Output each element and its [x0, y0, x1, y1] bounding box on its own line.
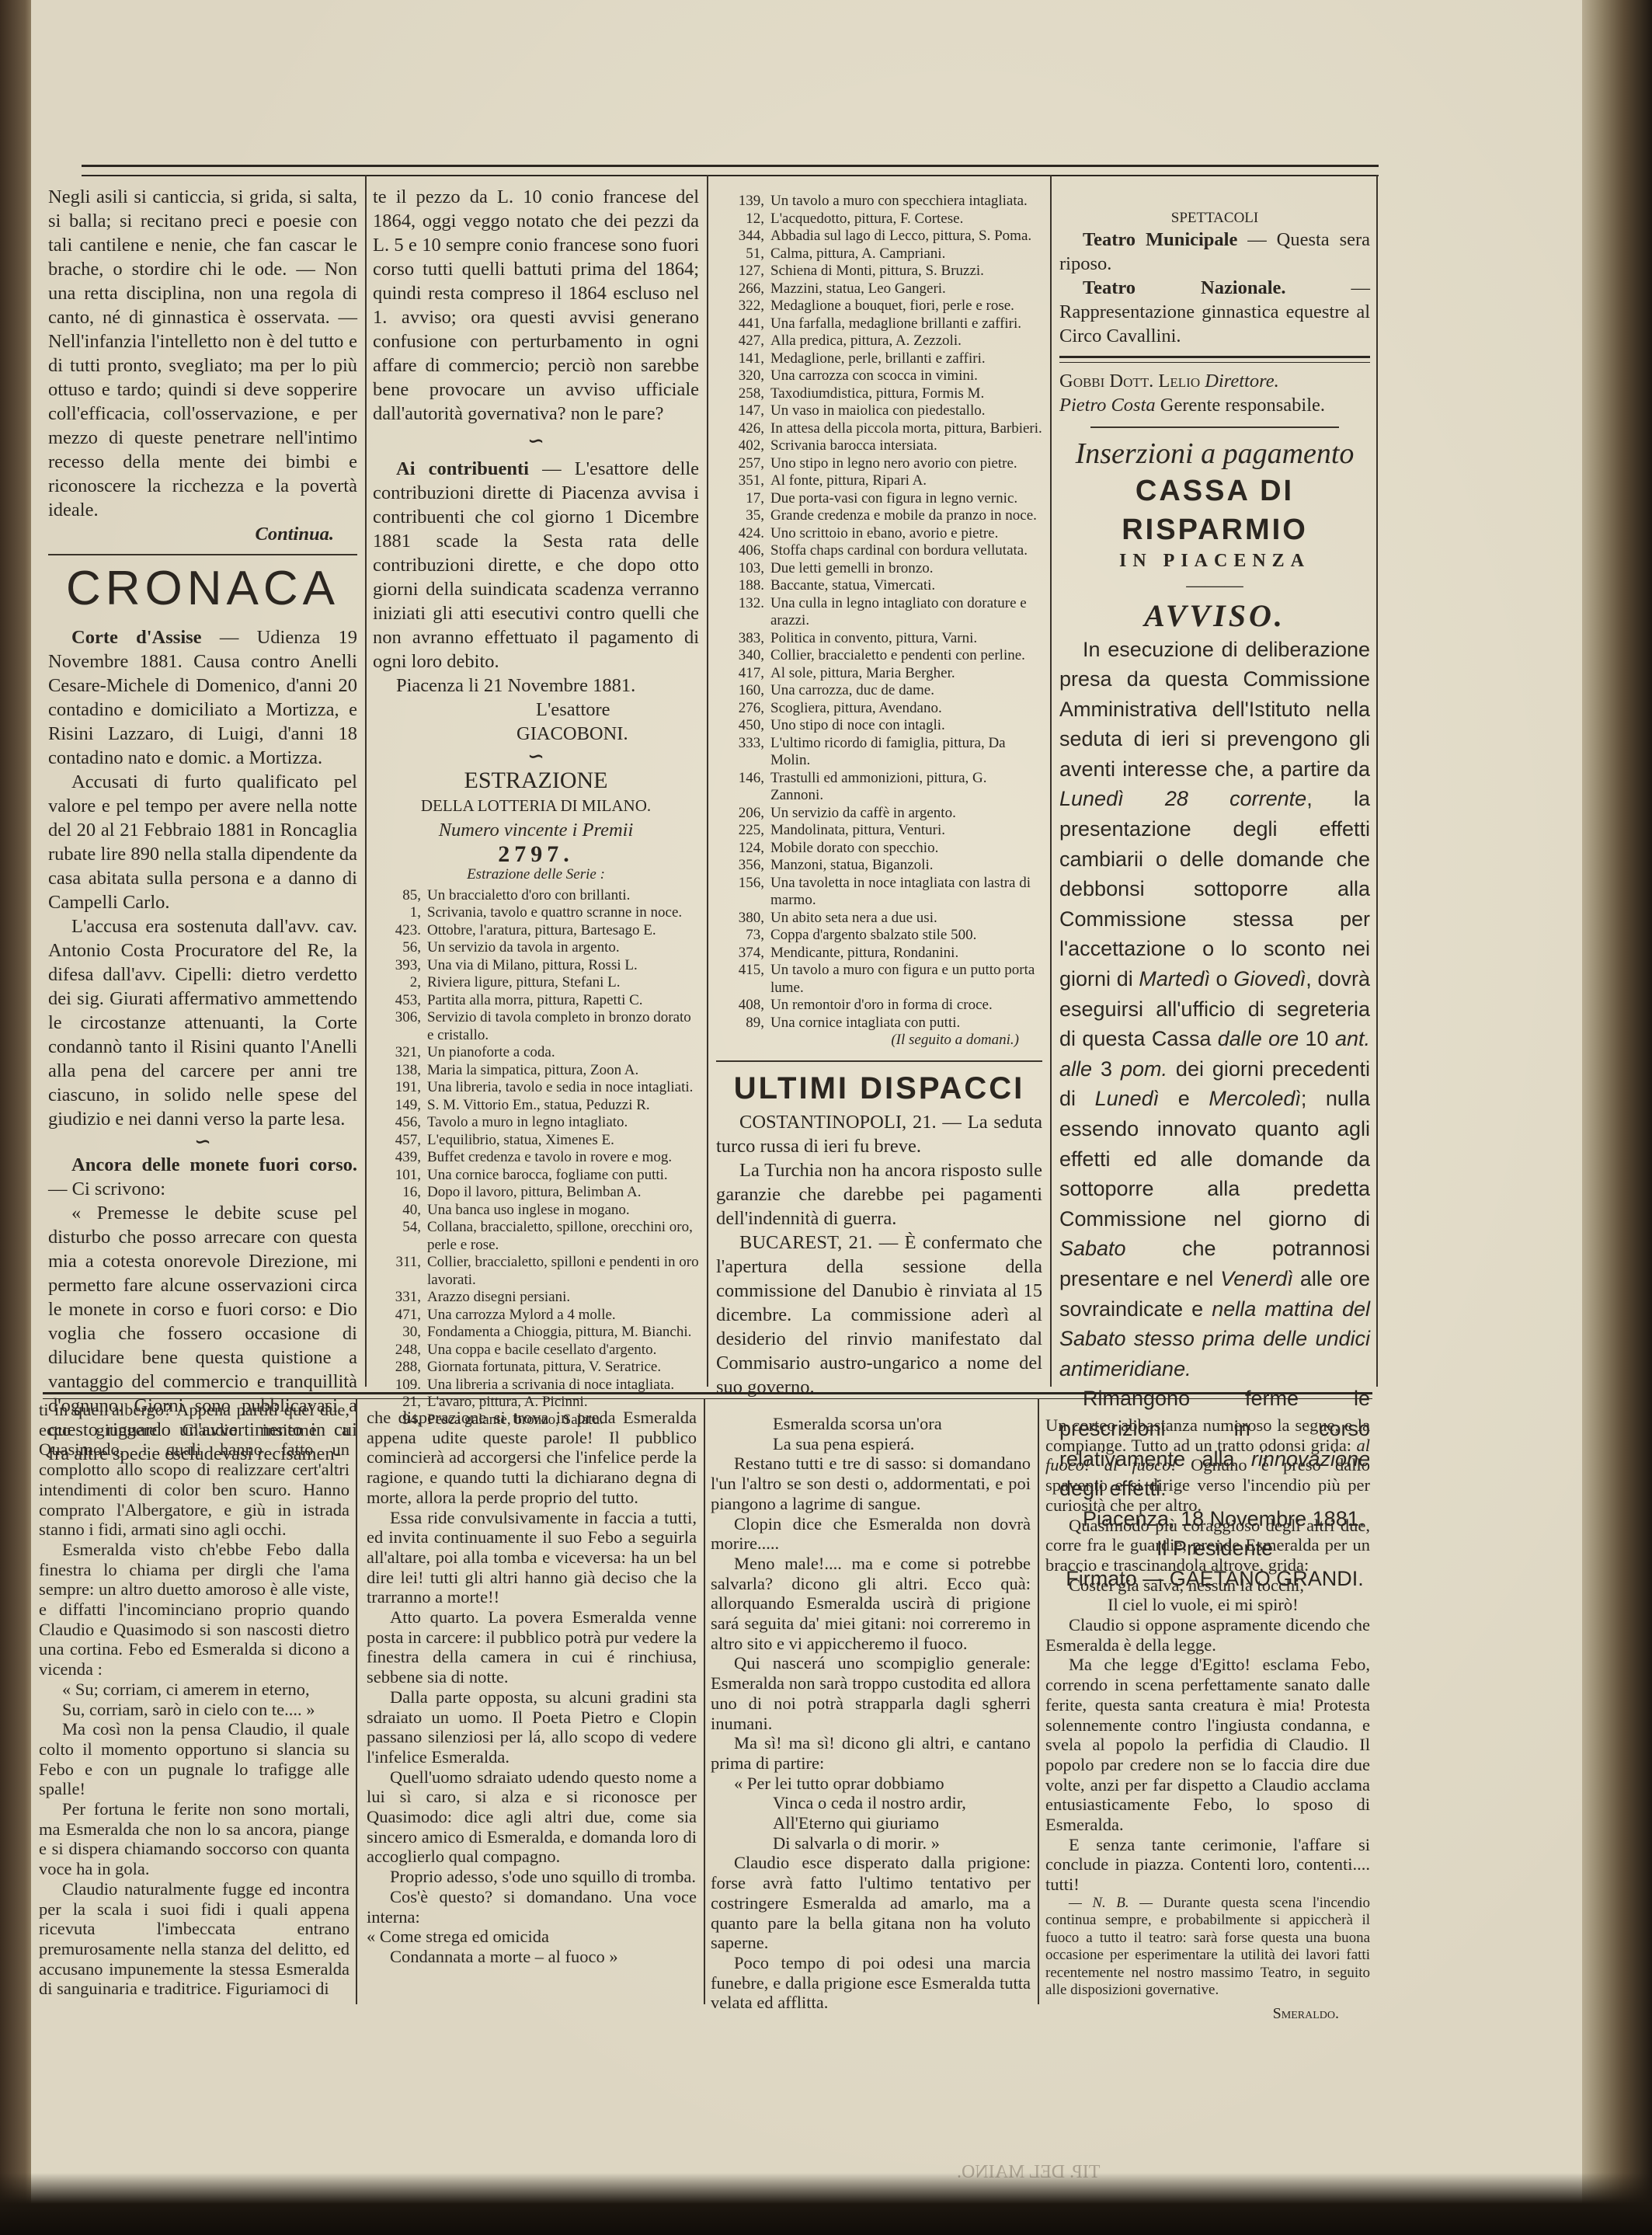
prize-description: Una culla in legno intagliato con doratu… — [770, 595, 1042, 630]
prize-description: L'acquedotto, pittura, F. Cortese. — [770, 211, 1042, 228]
ad-city: IN PIACENZA — [1059, 549, 1370, 573]
prize-item: 450,Uno stipo di noce con intagli. — [716, 717, 1042, 735]
prize-description: Mobile dorato con specchio. — [770, 840, 1042, 858]
prize-number: 225, — [716, 822, 770, 840]
masthead-manager: Pietro Costa Gerente responsabile. — [1059, 393, 1370, 417]
prize-number: 103, — [716, 560, 770, 578]
prize-item: 248,Una coppa e bacile cesellato d'argen… — [373, 1342, 699, 1359]
prize-item: 344,Abbadia sul lago di Lecco, pittura, … — [716, 228, 1042, 245]
flourish-ornament: ∽ — [373, 746, 699, 768]
prize-description: Un pianoforte a coda. — [427, 1044, 699, 1062]
prize-description: Un servizio da tavola in argento. — [427, 939, 699, 957]
prize-description: Coppa d'argento sbalzato stile 500. — [770, 927, 1042, 945]
prize-number: 51, — [716, 245, 770, 263]
prize-item: 141,Medaglione, perle, brillanti e zaffi… — [716, 350, 1042, 368]
prize-description: Due letti gemelli in bronzo. — [770, 560, 1042, 578]
prize-number: 456, — [373, 1114, 427, 1132]
feuilleton-paragraph: E senza tante cerimonie, l'affare si con… — [1045, 1835, 1370, 1895]
ad-body: In esecuzione di deliberazione presa da … — [1059, 635, 1370, 1384]
prize-description: Collana, braccialetto, spillone, orecchi… — [427, 1219, 699, 1254]
prize-item: 331,Arazzo disegni persiani. — [373, 1289, 699, 1307]
prize-item: 149,S. M. Vittorio Em., statua, Peduzzi … — [373, 1097, 699, 1115]
feuilleton-paragraph: Dalla parte opposta, su alcuni gradini s… — [367, 1687, 697, 1767]
contribuenti-date: Piacenza li 21 Novembre 1881. — [373, 674, 699, 698]
prize-number: 188. — [716, 577, 770, 595]
feuilleton-paragraph: Claudio esce disperato dalla prigione: f… — [711, 1853, 1031, 1953]
feuilleton-paragraph: Qui nascerá uno scompiglio generale: Esm… — [711, 1653, 1031, 1733]
verse-line: Costei già salva, nessun la tocchi, — [1045, 1575, 1370, 1596]
prize-description: Calma, pittura, A. Campriani. — [770, 245, 1042, 263]
feuilleton-paragraph: Per fortuna le ferite non sono mortali, … — [39, 1799, 350, 1879]
book-binding-bottom — [0, 2173, 1652, 2235]
feuilleton-paragraph: Claudio si oppone aspramente dicendo che… — [1045, 1615, 1370, 1655]
lotteria-winning-label: Numero vincente i Premii — [373, 818, 699, 842]
teatro-municipale: Teatro Municipale — [1083, 229, 1237, 250]
prize-number: 415, — [716, 962, 770, 997]
prize-description: Manzoni, statua, Biganzoli. — [770, 857, 1042, 875]
prize-item: 406,Stoffa chaps cardinal con bordura ve… — [716, 542, 1042, 560]
prize-number: 1, — [373, 904, 427, 922]
lotteria-winning-number: 2797. — [373, 842, 699, 866]
feuilleton-column-1: ti in quell'albergo? Appena partiti quei… — [39, 1400, 350, 1999]
prize-description: Un tavolo a muro con specchiera intaglia… — [770, 193, 1042, 211]
prize-item: 453,Partita alla morra, pittura, Rapetti… — [373, 992, 699, 1010]
verse-line: All'Eterno qui giuriamo — [711, 1813, 1031, 1833]
prize-item: 103,Due letti gemelli in bronzo. — [716, 560, 1042, 578]
prize-description: Baccante, statua, Vimercati. — [770, 577, 1042, 595]
dispatch-place: BUCAREST, 21. — [739, 1232, 872, 1253]
prize-description: In attesa della piccola morta, pittura, … — [770, 420, 1042, 438]
prize-description: Un remontoir d'oro in forma di croce. — [770, 997, 1042, 1015]
prize-item: 306,Servizio di tavola completo in bronz… — [373, 1009, 699, 1044]
prize-description: Una farfalla, medaglione brillanti e zaf… — [770, 315, 1042, 333]
prize-description: Abbadia sul lago di Lecco, pittura, S. P… — [770, 228, 1042, 245]
prize-item: 191,Una libreria, tavolo e sedia in noce… — [373, 1079, 699, 1097]
dispatch-text: La Turchia non ha ancora risposto sulle … — [716, 1158, 1042, 1231]
prize-item: 156,Una tavoletta in noce intagliata con… — [716, 875, 1042, 910]
prize-number: 423. — [373, 922, 427, 940]
prize-description: Un abito seta nera a due usi. — [770, 910, 1042, 928]
prize-description: Tavolo a muro in legno intagliato. — [427, 1114, 699, 1132]
prize-number: 89, — [716, 1015, 770, 1032]
author-signature: Smeraldo. — [1045, 2004, 1370, 2024]
prize-number: 12, — [716, 211, 770, 228]
prize-description: Una banca uso inglese in mogano. — [427, 1202, 699, 1220]
prize-item: 441,Una farfalla, medaglione brillanti e… — [716, 315, 1042, 333]
prize-description: Scrivania, tavolo e quattro scranne in n… — [427, 904, 699, 922]
prize-item: 456,Tavolo a muro in legno intagliato. — [373, 1114, 699, 1132]
prize-number: 457, — [373, 1132, 427, 1150]
prize-item: 356,Manzoni, statua, Biganzoli. — [716, 857, 1042, 875]
prize-item: 85,Un braccialetto d'oro con brillanti. — [373, 887, 699, 905]
prize-number: 146, — [716, 770, 770, 805]
prize-description: Uno scrittoio in ebano, avorio e pietre. — [770, 525, 1042, 543]
spettacoli-title: SPETTACOLI — [1059, 210, 1370, 228]
prize-number: 266, — [716, 280, 770, 298]
prize-item: 417,Al sole, pittura, Maria Bergher. — [716, 665, 1042, 683]
prize-item: 321,Un pianoforte a coda. — [373, 1044, 699, 1062]
prize-number: 138, — [373, 1062, 427, 1080]
feuilleton-paragraph: Meno male!.... ma e come si potrebbe sal… — [711, 1554, 1031, 1654]
prize-item: 393,Una via di Milano, pittura, Rossi L. — [373, 957, 699, 975]
column-4: SPETTACOLI Teatro Municipale — Questa se… — [1059, 210, 1370, 1594]
prize-description: Al sole, pittura, Maria Bergher. — [770, 665, 1042, 683]
prize-description: Scogliera, pittura, Avendano. — [770, 700, 1042, 718]
feuilleton-paragraph: Proprio adesso, s'ode uno squillo di tro… — [367, 1867, 697, 1887]
prize-number: 141, — [716, 350, 770, 368]
prize-number: 380, — [716, 910, 770, 928]
prize-description: S. M. Vittorio Em., statua, Peduzzi R. — [427, 1097, 699, 1115]
section-rule — [716, 1060, 1042, 1062]
prize-item: 471,Una carrozza Mylord a 4 molle. — [373, 1307, 699, 1325]
monete-letter-cont: te il pezzo da L. 10 conio francese del … — [373, 185, 699, 426]
director-name: Gobbi Dott. Lelio — [1059, 371, 1200, 392]
prize-description: Alla predica, pittura, A. Zezzoli. — [770, 332, 1042, 350]
prize-number: 127, — [716, 263, 770, 280]
manager-name: Pietro Costa — [1059, 395, 1156, 416]
prize-item: 124,Mobile dorato con specchio. — [716, 840, 1042, 858]
manager-role: Gerente responsabile. — [1160, 395, 1325, 416]
verse-line: Di salvarla o di morir. » — [711, 1833, 1031, 1854]
ad-separator: ——— — [1059, 573, 1370, 597]
corte-assise-heading: Corte d'Assise — [71, 627, 202, 648]
prize-description: Due porta-vasi con figura in legno verni… — [770, 490, 1042, 508]
prize-item: 138,Maria la simpatica, pittura, Zoon A. — [373, 1062, 699, 1080]
masthead-director: Gobbi Dott. Lelio Direttore. — [1059, 369, 1370, 393]
prize-description: Grande credenza e mobile da pranzo in no… — [770, 507, 1042, 525]
prize-number: 306, — [373, 1009, 427, 1044]
prize-item: 320,Una carrozza con scocca in vimini. — [716, 367, 1042, 385]
prize-number: 374, — [716, 945, 770, 963]
prize-item: 54,Collana, braccialetto, spillone, orec… — [373, 1219, 699, 1254]
prize-item: 101,Una cornice barocca, fogliame con pu… — [373, 1167, 699, 1185]
verse-line: Condannata a morte – al fuoco » — [367, 1947, 697, 1967]
prize-number: 320, — [716, 367, 770, 385]
section-rule — [48, 554, 357, 555]
prize-number: 160, — [716, 682, 770, 700]
feuilleton-paragraph: Ma così non la pensa Claudio, il quale c… — [39, 1719, 350, 1799]
prize-number: 257, — [716, 455, 770, 473]
prize-number: 124, — [716, 840, 770, 858]
prize-item: 423.Ottobre, l'aratura, pittura, Bartesa… — [373, 922, 699, 940]
prize-item: 457,L'equilibrio, statua, Ximenes E. — [373, 1132, 699, 1150]
prize-description: Buffet credenza e tavolo in rovere e mog… — [427, 1149, 699, 1167]
prize-description: Una libreria, tavolo e sedia in noce int… — [427, 1079, 699, 1097]
section-rule — [1090, 426, 1339, 428]
prize-number: 427, — [716, 332, 770, 350]
ad-header: Inserzioni a pagamento — [1059, 436, 1370, 472]
prize-item: 146,Trastulli ed ammonizioni, pittura, G… — [716, 770, 1042, 805]
prize-number: 16, — [373, 1184, 427, 1202]
corte-assise-paragraph: L'accusa era sostenuta dall'avv. cav. An… — [48, 914, 357, 1131]
prize-item: 2,Riviera ligure, pittura, Stefani L. — [373, 974, 699, 992]
prize-number: 191, — [373, 1079, 427, 1097]
prize-number: 56, — [373, 939, 427, 957]
prize-description: Scrivania barocca intersiata. — [770, 437, 1042, 455]
prize-item: 109.Una libreria a scrivania di noce int… — [373, 1377, 699, 1394]
prize-number: 331, — [373, 1289, 427, 1307]
feuilleton-paragraph: Un corteo abbastanza numeroso la segue, … — [1045, 1415, 1370, 1516]
feuilleton-paragraph: Esmeralda visto ch'ebbe Febo dalla fines… — [39, 1540, 350, 1680]
prize-number: 441, — [716, 315, 770, 333]
prize-description: Dopo il lavoro, pittura, Belimban A. — [427, 1184, 699, 1202]
prize-number: 333, — [716, 735, 770, 770]
prize-description: Ottobre, l'aratura, pittura, Bartesago E… — [427, 922, 699, 940]
prize-item: 408,Un remontoir d'oro in forma di croce… — [716, 997, 1042, 1015]
feuilleton-column-3: Esmeralda scorsa un'ora La sua pena espi… — [711, 1414, 1031, 2013]
prize-number: 276, — [716, 700, 770, 718]
prize-description: Collier, braccialetto, spilloni e penden… — [427, 1254, 699, 1289]
dispacci-title: ULTIMI DISPACCI — [716, 1067, 1042, 1110]
feuilleton-column-2: che disperazione si trova in preda Esmer… — [367, 1408, 697, 1967]
article-continued: Negli asili si canticcia, si grida, si s… — [48, 185, 357, 522]
prize-number: 439, — [373, 1149, 427, 1167]
prize-number: 35, — [716, 507, 770, 525]
prize-list: 85,Un braccialetto d'oro con brillanti.1… — [373, 887, 699, 1429]
prize-item: 89,Una cornice intagliata con putti. — [716, 1015, 1042, 1032]
prize-description: Una via di Milano, pittura, Rossi L. — [427, 957, 699, 975]
feuilleton-paragraph: Atto quarto. La povera Esmeralda venne p… — [367, 1607, 697, 1687]
prize-item: 380,Un abito seta nera a due usi. — [716, 910, 1042, 928]
contribuenti-heading: Ai contribuenti — [396, 458, 529, 479]
prize-description: Una cornice intagliata con putti. — [770, 1015, 1042, 1032]
prize-description: Una carrozza con scocca in vimini. — [770, 367, 1042, 385]
prize-description: Mazzini, statua, Leo Gangeri. — [770, 280, 1042, 298]
prize-description: Mandolinata, pittura, Venturi. — [770, 822, 1042, 840]
prize-item: 40,Una banca uso inglese in mogano. — [373, 1202, 699, 1220]
prize-description: Partita alla morra, pittura, Rapetti C. — [427, 992, 699, 1010]
director-role: Direttore. — [1205, 371, 1279, 392]
prize-description: Un tavolo a muro con figura e un putto p… — [770, 962, 1042, 997]
prize-number: 258, — [716, 385, 770, 403]
prize-item: 426,In attesa della piccola morta, pittu… — [716, 420, 1042, 438]
prize-number: 311, — [373, 1254, 427, 1289]
prize-description: Uno stipo di noce con intagli. — [770, 717, 1042, 735]
flourish-ornament: ∽ — [48, 1131, 357, 1153]
prize-number: 453, — [373, 992, 427, 1010]
column-divider — [1376, 175, 1378, 1387]
prize-number: 417, — [716, 665, 770, 683]
prize-description: Trastulli ed ammonizioni, pittura, G. Za… — [770, 770, 1042, 805]
prize-item: 16,Dopo il lavoro, pittura, Belimban A. — [373, 1184, 699, 1202]
verse-line: « Per lei tutto oprar dobbiamo — [711, 1774, 1031, 1794]
prize-number: 426, — [716, 420, 770, 438]
seguito-note: (Il seguito a domani.) — [716, 1032, 1042, 1050]
feuilleton-paragraph: Essa ride convulsivamente in faccia a tu… — [367, 1508, 697, 1608]
column-divider — [365, 175, 367, 1387]
ad-bank-name: CASSA DI RISPARMIO — [1059, 472, 1370, 549]
prize-number: 248, — [373, 1342, 427, 1359]
prize-number: 406, — [716, 542, 770, 560]
column-2: te il pezzo da L. 10 conio francese del … — [373, 185, 699, 1429]
prize-number: 132. — [716, 595, 770, 630]
feuilleton-column-4: Un corteo abbastanza numeroso la segue, … — [1045, 1415, 1370, 2024]
prize-description: Arazzo disegni persiani. — [427, 1289, 699, 1307]
lotteria-title: ESTRAZIONE — [373, 768, 699, 794]
prize-item: 17,Due porta-vasi con figura in legno ve… — [716, 490, 1042, 508]
column-divider — [356, 1398, 357, 2004]
prize-description: Riviera ligure, pittura, Stefani L. — [427, 974, 699, 992]
prize-description: Una coppa e bacile cesellato d'argento. — [427, 1342, 699, 1359]
prize-number: 156, — [716, 875, 770, 910]
verse-line: « Su; corriam, ci amerem in eterno, — [39, 1680, 350, 1700]
dispatch-text: — È confermato che l'apertura della sess… — [716, 1232, 1042, 1398]
prize-description: Servizio di tavola completo in bronzo do… — [427, 1009, 699, 1044]
prize-item: 415,Un tavolo a muro con figura e un put… — [716, 962, 1042, 997]
verse-line: Su, corriam, sarò in cielo con te.... » — [39, 1700, 350, 1720]
prize-item: 73,Coppa d'argento sbalzato stile 500. — [716, 927, 1042, 945]
prize-number: 17, — [716, 490, 770, 508]
prize-description: Politica in convento, pittura, Varni. — [770, 630, 1042, 648]
prize-item: 402,Scrivania barocca intersiata. — [716, 437, 1042, 455]
signature-title: L'esattore — [373, 698, 699, 722]
prize-number: 2, — [373, 974, 427, 992]
prize-number: 54, — [373, 1219, 427, 1254]
prize-number: 322, — [716, 298, 770, 315]
prize-item: 257,Uno stipo in legno nero avorio con p… — [716, 455, 1042, 473]
prize-item: 160,Una carrozza, duc de dame. — [716, 682, 1042, 700]
prize-number: 139, — [716, 193, 770, 211]
verse-line: La sua pena espierá. — [711, 1434, 1031, 1454]
prize-item: 427,Alla predica, pittura, A. Zezzoli. — [716, 332, 1042, 350]
feuilleton-paragraph: Poco tempo di poi odesi una marcia funeb… — [711, 1953, 1031, 2013]
prize-item: 383,Politica in convento, pittura, Varni… — [716, 630, 1042, 648]
nb-note: — N. B. — Durante questa scena l'incendi… — [1045, 1895, 1370, 2000]
column-divider — [704, 1398, 705, 2004]
prize-item: 266,Mazzini, statua, Leo Gangeri. — [716, 280, 1042, 298]
prize-item: 30,Fondamenta a Chioggia, pittura, M. Bi… — [373, 1324, 699, 1342]
prize-number: 40, — [373, 1202, 427, 1220]
prize-description: Un braccialetto d'oro con brillanti. — [427, 887, 699, 905]
ad-title: AVVISO. — [1059, 597, 1370, 635]
prize-number: 408, — [716, 997, 770, 1015]
prize-item: 12,L'acquedotto, pittura, F. Cortese. — [716, 211, 1042, 228]
top-double-rule — [82, 165, 1379, 176]
prize-number: 340, — [716, 647, 770, 665]
prize-item: 322,Medaglione a bouquet, fiori, perle e… — [716, 298, 1042, 315]
prize-item: 1,Scrivania, tavolo e quattro scranne in… — [373, 904, 699, 922]
feuilleton-paragraph: Quasimodo più coraggioso degli altri due… — [1045, 1516, 1370, 1575]
prize-item: 225,Mandolinata, pittura, Venturi. — [716, 822, 1042, 840]
prize-item: 374,Mendicante, pittura, Rondanini. — [716, 945, 1042, 963]
prize-item: 35,Grande credenza e mobile da pranzo in… — [716, 507, 1042, 525]
prize-number: 393, — [373, 957, 427, 975]
prize-description: Taxodiumdistica, pittura, Formis M. — [770, 385, 1042, 403]
prize-number: 351, — [716, 472, 770, 490]
lotteria-subtitle: DELLA LOTTERIA DI MILANO. — [373, 794, 699, 818]
prize-number: 450, — [716, 717, 770, 735]
prize-description: Una libreria a scrivania di noce intagli… — [427, 1377, 699, 1394]
feuilleton-paragraph: Claudio naturalmente fugge ed incontra p… — [39, 1879, 350, 1999]
book-binding-right — [1582, 0, 1652, 2235]
prize-description: Stoffa chaps cardinal con bordura vellut… — [770, 542, 1042, 560]
prize-item: 311,Collier, braccialetto, spilloni e pe… — [373, 1254, 699, 1289]
prize-number: 109. — [373, 1377, 427, 1394]
prize-number: 321, — [373, 1044, 427, 1062]
dispatch-place: COSTANTINOPOLI, 21. — [739, 1112, 937, 1133]
prize-item: 258,Taxodiumdistica, pittura, Formis M. — [716, 385, 1042, 403]
prize-number: 356, — [716, 857, 770, 875]
monete-heading: Ancora delle monete fuori corso. — [71, 1154, 357, 1175]
feuilleton-paragraph: Quell'uomo sdraiato udendo questo nome a… — [367, 1767, 697, 1868]
corte-assise-paragraph: Accusati di furto qualificato pel valore… — [48, 770, 357, 914]
prize-description: Al fonte, pittura, Ripari A. — [770, 472, 1042, 490]
prize-number: 149, — [373, 1097, 427, 1115]
prize-description: Una carrozza, duc de dame. — [770, 682, 1042, 700]
verse-line: Esmeralda scorsa un'ora — [711, 1414, 1031, 1434]
column-divider — [1038, 1398, 1039, 2004]
prize-number: 288, — [373, 1359, 427, 1377]
prize-list: 139,Un tavolo a muro con specchiera inta… — [716, 193, 1042, 1032]
section-rule — [1059, 356, 1370, 363]
prize-description: Medaglione, perle, brillanti e zaffiri. — [770, 350, 1042, 368]
prize-item: 139,Un tavolo a muro con specchiera inta… — [716, 193, 1042, 211]
prize-item: 147,Un vaso in maiolica con piedestallo. — [716, 402, 1042, 420]
prize-item: 439,Buffet credenza e tavolo in rovere e… — [373, 1149, 699, 1167]
prize-item: 333,L'ultimo ricordo di famiglia, pittur… — [716, 735, 1042, 770]
prize-number: 85, — [373, 887, 427, 905]
prize-item: 206,Un servizio da caffè in argento. — [716, 805, 1042, 823]
lotteria-series-label: Estrazione delle Serie : — [373, 866, 699, 884]
prize-number: 383, — [716, 630, 770, 648]
prize-description: L'ultimo ricordo di famiglia, pittura, D… — [770, 735, 1042, 770]
continua-note: Continua. — [48, 522, 357, 546]
verse-line: « Come strega ed omicida — [367, 1927, 697, 1947]
column-1: Negli asili si canticcia, si grida, si s… — [48, 185, 357, 1466]
prize-number: 147, — [716, 402, 770, 420]
flourish-ornament: ∽ — [373, 430, 699, 452]
column-divider — [707, 175, 708, 1387]
verse-line: Vinca o ceda il nostro ardir, — [711, 1793, 1031, 1813]
prize-number: 424. — [716, 525, 770, 543]
feuilleton-paragraph: ti in quell'albergo? Appena partiti quei… — [39, 1400, 350, 1540]
prize-description: Un servizio da caffè in argento. — [770, 805, 1042, 823]
prize-item: 276,Scogliera, pittura, Avendano. — [716, 700, 1042, 718]
signature-name: GIACOBONI. — [373, 722, 699, 746]
prize-description: Uno stipo in legno nero avorio con pietr… — [770, 455, 1042, 473]
prize-description: L'equilibrio, statua, Ximenes E. — [427, 1132, 699, 1150]
verse-line: Il ciel lo vuole, ei mi spirò! — [1045, 1595, 1370, 1615]
feuilleton-paragraph: Ma sì! ma sì! dicono gli altri, e cantan… — [711, 1733, 1031, 1773]
prize-number: 73, — [716, 927, 770, 945]
prize-description: Una cornice barocca, fogliame con putti. — [427, 1167, 699, 1185]
prize-description: Mendicante, pittura, Rondanini. — [770, 945, 1042, 963]
prize-item: 340,Collier, braccialetto e pendenti con… — [716, 647, 1042, 665]
prize-number: 206, — [716, 805, 770, 823]
feuilleton-paragraph: che disperazione si trova in preda Esmer… — [367, 1408, 697, 1508]
feuilleton-paragraph: Cos'è questo? si domandano. Una voce int… — [367, 1887, 697, 1927]
feuilleton-paragraph: Clopin dice che Esmeralda non dovrà mori… — [711, 1514, 1031, 1554]
feuilleton-paragraph: Restano tutti e tre di sasso: si domanda… — [711, 1453, 1031, 1513]
prize-item: 188.Baccante, statua, Vimercati. — [716, 577, 1042, 595]
prize-description: Collier, braccialetto e pendenti con per… — [770, 647, 1042, 665]
contribuenti-text: — L'esattore delle contribuzioni dirette… — [373, 458, 699, 672]
prize-item: 288,Giornata fortunata, pittura, V. Sera… — [373, 1359, 699, 1377]
prize-item: 127,Schiena di Monti, pittura, S. Bruzzi… — [716, 263, 1042, 280]
section-title-cronaca: CRONACA — [48, 562, 357, 616]
prize-number: 402, — [716, 437, 770, 455]
prize-description: Maria la simpatica, pittura, Zoon A. — [427, 1062, 699, 1080]
prize-description: Una tavoletta in noce intagliata con las… — [770, 875, 1042, 910]
feuilleton-rule — [43, 1392, 1372, 1399]
prize-description: Fondamenta a Chioggia, pittura, M. Bianc… — [427, 1324, 699, 1342]
prize-item: 56,Un servizio da tavola in argento. — [373, 939, 699, 957]
column-divider — [1050, 175, 1052, 1387]
monete-intro: — Ci scrivono: — [48, 1178, 165, 1199]
corte-assise-text: — Udienza 19 Novembre 1881. Causa contro… — [48, 627, 357, 768]
prize-description: Giornata fortunata, pittura, V. Seratric… — [427, 1359, 699, 1377]
prize-number: 471, — [373, 1307, 427, 1325]
